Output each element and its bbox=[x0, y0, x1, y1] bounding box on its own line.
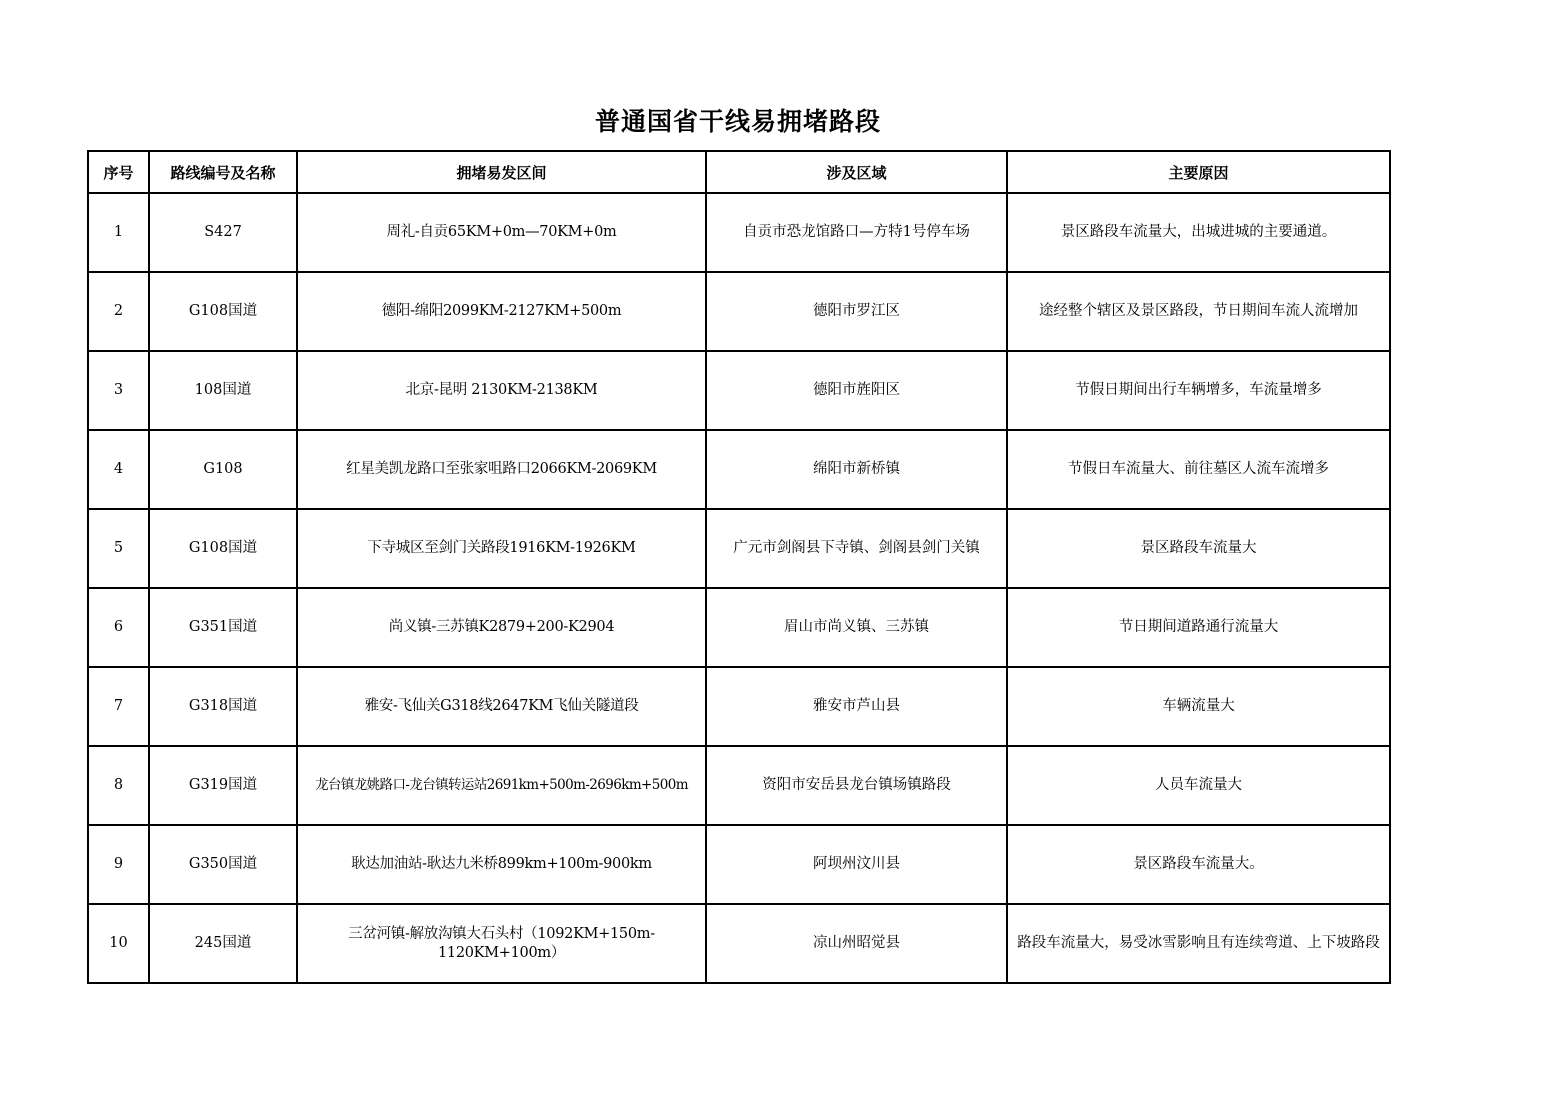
table-header-row: 序号 路线编号及名称 拥堵易发区间 涉及区域 主要原因 bbox=[88, 151, 1390, 193]
cell-no: 9 bbox=[88, 825, 149, 904]
cell-area: 广元市剑阁县下寺镇、剑阁县剑门关镇 bbox=[706, 509, 1007, 588]
congestion-sections-table: 序号 路线编号及名称 拥堵易发区间 涉及区域 主要原因 1 S427 周礼-自贡… bbox=[87, 150, 1391, 984]
cell-reason: 节假日车流量大、前往墓区人流车流增多 bbox=[1007, 430, 1390, 509]
cell-area: 资阳市安岳县龙台镇场镇路段 bbox=[706, 746, 1007, 825]
cell-route: G108 bbox=[149, 430, 297, 509]
cell-route: 108国道 bbox=[149, 351, 297, 430]
cell-reason: 景区路段车流量大 bbox=[1007, 509, 1390, 588]
cell-area: 凉山州昭觉县 bbox=[706, 904, 1007, 983]
cell-no: 6 bbox=[88, 588, 149, 667]
table-row: 10 245国道 三岔河镇-解放沟镇大石头村（1092KM+150m-1120K… bbox=[88, 904, 1390, 983]
cell-no: 3 bbox=[88, 351, 149, 430]
cell-area: 绵阳市新桥镇 bbox=[706, 430, 1007, 509]
table-row: 2 G108国道 德阳-绵阳2099KM-2127KM+500m 德阳市罗江区 … bbox=[88, 272, 1390, 351]
cell-section: 尚义镇-三苏镇K2879+200-K2904 bbox=[297, 588, 706, 667]
cell-section: 周礼-自贡65KM+0m—70KM+0m bbox=[297, 193, 706, 272]
cell-section: 耿达加油站-耿达九米桥899km+100m-900km bbox=[297, 825, 706, 904]
cell-reason: 节假日期间出行车辆增多，车流量增多 bbox=[1007, 351, 1390, 430]
table-row: 6 G351国道 尚义镇-三苏镇K2879+200-K2904 眉山市尚义镇、三… bbox=[88, 588, 1390, 667]
cell-section: 三岔河镇-解放沟镇大石头村（1092KM+150m-1120KM+100m） bbox=[297, 904, 706, 983]
cell-route: G108国道 bbox=[149, 509, 297, 588]
cell-section: 德阳-绵阳2099KM-2127KM+500m bbox=[297, 272, 706, 351]
cell-reason: 途经整个辖区及景区路段，节日期间车流人流增加 bbox=[1007, 272, 1390, 351]
cell-route: G350国道 bbox=[149, 825, 297, 904]
cell-route: G351国道 bbox=[149, 588, 297, 667]
cell-no: 7 bbox=[88, 667, 149, 746]
header-area: 涉及区域 bbox=[706, 151, 1007, 193]
header-reason: 主要原因 bbox=[1007, 151, 1390, 193]
cell-no: 8 bbox=[88, 746, 149, 825]
cell-area: 自贡市恐龙馆路口—方特1号停车场 bbox=[706, 193, 1007, 272]
cell-reason: 节日期间道路通行流量大 bbox=[1007, 588, 1390, 667]
cell-area: 阿坝州汶川县 bbox=[706, 825, 1007, 904]
cell-reason: 人员车流量大 bbox=[1007, 746, 1390, 825]
cell-no: 4 bbox=[88, 430, 149, 509]
cell-route: 245国道 bbox=[149, 904, 297, 983]
cell-route: G318国道 bbox=[149, 667, 297, 746]
cell-section: 雅安-飞仙关G318线2647KM飞仙关隧道段 bbox=[297, 667, 706, 746]
cell-no: 10 bbox=[88, 904, 149, 983]
cell-area: 德阳市旌阳区 bbox=[706, 351, 1007, 430]
cell-route: S427 bbox=[149, 193, 297, 272]
table-row: 8 G319国道 龙台镇龙姚路口-龙台镇转运站2691km+500m-2696k… bbox=[88, 746, 1390, 825]
cell-area: 德阳市罗江区 bbox=[706, 272, 1007, 351]
header-route: 路线编号及名称 bbox=[149, 151, 297, 193]
table-row: 7 G318国道 雅安-飞仙关G318线2647KM飞仙关隧道段 雅安市芦山县 … bbox=[88, 667, 1390, 746]
header-section: 拥堵易发区间 bbox=[297, 151, 706, 193]
cell-section: 龙台镇龙姚路口-龙台镇转运站2691km+500m-2696km+500m bbox=[297, 746, 706, 825]
document-title: 普通国省干线易拥堵路段 bbox=[0, 104, 1476, 140]
cell-area: 雅安市芦山县 bbox=[706, 667, 1007, 746]
cell-section: 红星美凯龙路口至张家咀路口2066KM-2069KM bbox=[297, 430, 706, 509]
cell-no: 2 bbox=[88, 272, 149, 351]
cell-area: 眉山市尚义镇、三苏镇 bbox=[706, 588, 1007, 667]
table-row: 4 G108 红星美凯龙路口至张家咀路口2066KM-2069KM 绵阳市新桥镇… bbox=[88, 430, 1390, 509]
cell-reason: 景区路段车流量大。 bbox=[1007, 825, 1390, 904]
cell-reason: 景区路段车流量大，出城进城的主要通道。 bbox=[1007, 193, 1390, 272]
cell-route: G319国道 bbox=[149, 746, 297, 825]
table-row: 5 G108国道 下寺城区至剑门关路段1916KM-1926KM 广元市剑阁县下… bbox=[88, 509, 1390, 588]
cell-reason: 路段车流量大，易受冰雪影响且有连续弯道、上下坡路段 bbox=[1007, 904, 1390, 983]
header-no: 序号 bbox=[88, 151, 149, 193]
cell-route: G108国道 bbox=[149, 272, 297, 351]
table-row: 9 G350国道 耿达加油站-耿达九米桥899km+100m-900km 阿坝州… bbox=[88, 825, 1390, 904]
table-row: 3 108国道 北京-昆明 2130KM-2138KM 德阳市旌阳区 节假日期间… bbox=[88, 351, 1390, 430]
cell-section: 北京-昆明 2130KM-2138KM bbox=[297, 351, 706, 430]
cell-reason: 车辆流量大 bbox=[1007, 667, 1390, 746]
cell-no: 5 bbox=[88, 509, 149, 588]
cell-section: 下寺城区至剑门关路段1916KM-1926KM bbox=[297, 509, 706, 588]
cell-no: 1 bbox=[88, 193, 149, 272]
table-row: 1 S427 周礼-自贡65KM+0m—70KM+0m 自贡市恐龙馆路口—方特1… bbox=[88, 193, 1390, 272]
